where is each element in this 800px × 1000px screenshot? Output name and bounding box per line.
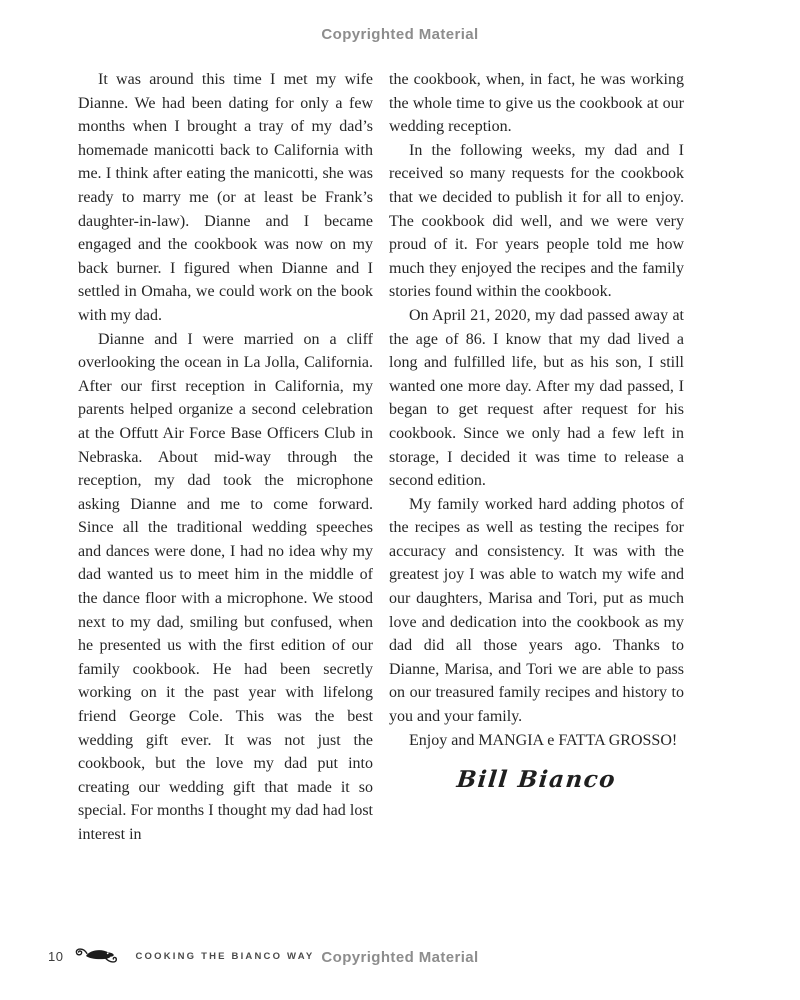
paragraph-mangia-closing: Enjoy and MANGIA e FATTA GROSSO! — [389, 729, 684, 753]
author-signature: Bill Bianco — [388, 768, 685, 792]
text-column-left: It was around this time I met my wife Di… — [78, 68, 373, 847]
paragraph-meeting-dianne: It was around this time I met my wife Di… — [78, 68, 373, 328]
paragraph-wedding-cookbook: Dianne and I were married on a cliff ove… — [78, 328, 373, 847]
paragraph-dad-passing: On April 21, 2020, my dad passed away at… — [389, 304, 684, 493]
paragraph-wedding-cookbook-continued: the cookbook, when, in fact, he was work… — [389, 68, 684, 139]
page-body: It was around this time I met my wife Di… — [78, 68, 684, 847]
paragraph-publishing: In the following weeks, my dad and I rec… — [389, 139, 684, 304]
copyright-notice-bottom: Copyrighted Material — [0, 949, 800, 966]
text-column-right: the cookbook, when, in fact, he was work… — [389, 68, 684, 847]
paragraph-second-edition-family: My family worked hard adding photos of t… — [389, 493, 684, 729]
copyright-notice-top: Copyrighted Material — [0, 26, 800, 43]
